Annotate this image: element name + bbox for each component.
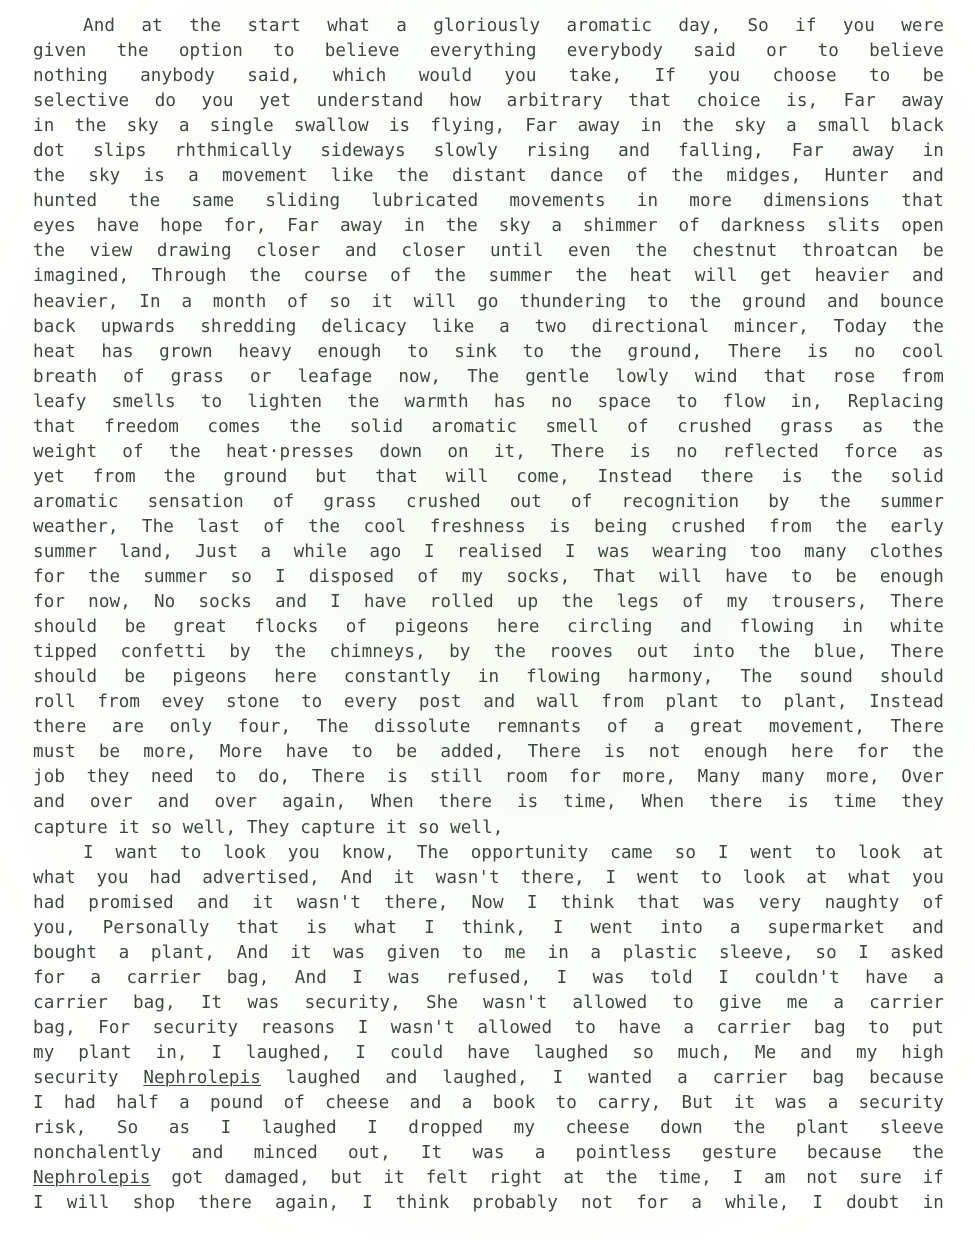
text-line: given the option to believe everything e…: [33, 39, 944, 64]
text-line: you, Personally that is what I think, I …: [33, 916, 944, 941]
text-line: imagined, Through the course of the summ…: [33, 264, 944, 289]
text-line: that freedom comes the solid aromatic sm…: [33, 415, 944, 440]
underlined-term: Nephrolepis: [33, 1168, 151, 1188]
text-line: should be great flocks of pigeons here c…: [33, 615, 944, 640]
paragraph: I want to look you know, The opportunity…: [33, 841, 944, 1217]
text-line: the view drawing closer and closer until…: [33, 239, 944, 264]
text-line: for now, No socks and I have rolled up t…: [33, 590, 944, 615]
text-line: I had half a pound of cheese and a book …: [33, 1091, 944, 1116]
text-line: the sky is a movement like the distant d…: [33, 164, 944, 189]
text-line: should be pigeons here constantly in flo…: [33, 665, 944, 690]
text-line: hunted the same sliding lubricated movem…: [33, 189, 944, 214]
text-line: yet from the ground but that will come, …: [33, 465, 944, 490]
text-line: nothing anybody said, which would you ta…: [33, 64, 944, 89]
text-line: back upwards shredding delicacy like a t…: [33, 315, 944, 340]
text-line: job they need to do, There is still room…: [33, 765, 944, 790]
text-line: tipped confetti by the chimneys, by the …: [33, 640, 944, 665]
text-line: nonchalently and minced out, It was a po…: [33, 1141, 944, 1166]
text-line: selective do you yet understand how arbi…: [33, 89, 944, 114]
text-line: carrier bag, It was security, She wasn't…: [33, 991, 944, 1016]
text-line: I will shop there again, I think probabl…: [33, 1191, 944, 1216]
text-line: had promised and it wasn't there, Now I …: [33, 891, 944, 916]
text-line: for a carrier bag, And I was refused, I …: [33, 966, 944, 991]
text-line: I want to look you know, The opportunity…: [33, 841, 944, 866]
text-line: heat has grown heavy enough to sink to t…: [33, 340, 944, 365]
text-line: there are only four, The dissolute remna…: [33, 715, 944, 740]
text-line: roll from evey stone to every post and w…: [33, 690, 944, 715]
text-line: aromatic sensation of grass crushed out …: [33, 490, 944, 515]
text-line: bought a plant, And it was given to me i…: [33, 941, 944, 966]
underlined-term: Nephrolepis: [143, 1068, 261, 1088]
text-line: weather, The last of the cool freshness …: [33, 515, 944, 540]
text-line: summer land, Just a while ago I realised…: [33, 540, 944, 565]
text-line: capture it so well, They capture it so w…: [33, 816, 944, 841]
text-line: weight of the heat·presses down on it, T…: [33, 440, 944, 465]
text-line: and over and over again, When there is t…: [33, 790, 944, 815]
text-line: dot slips rhthmically sideways slowly ri…: [33, 139, 944, 164]
text-line: must be more, More have to be added, The…: [33, 740, 944, 765]
text-line: my plant in, I laughed, I could have lau…: [33, 1041, 944, 1066]
text-line: bag, For security reasons I wasn't allow…: [33, 1016, 944, 1041]
text-line: breath of grass or leafage now, The gent…: [33, 365, 944, 390]
text-line: heavier, In a month of so it will go thu…: [33, 290, 944, 315]
text-line: security Nephrolepis laughed and laughed…: [33, 1066, 944, 1091]
text-line: risk, So as I laughed I dropped my chees…: [33, 1116, 944, 1141]
text-line: in the sky a single swallow is flying, F…: [33, 114, 944, 139]
text-line: what you had advertised, And it wasn't t…: [33, 866, 944, 891]
text-line: eyes have hope for, Far away in the sky …: [33, 214, 944, 239]
text-line: Nephrolepis got damaged, but it felt rig…: [33, 1166, 944, 1191]
text-line: leafy smells to lighten the warmth has n…: [33, 390, 944, 415]
text-line: And at the start what a gloriously aroma…: [33, 14, 944, 39]
paragraph: And at the start what a gloriously aroma…: [33, 14, 944, 841]
typed-document-page: And at the start what a gloriously aroma…: [33, 14, 944, 1216]
text-line: for the summer so I disposed of my socks…: [33, 565, 944, 590]
